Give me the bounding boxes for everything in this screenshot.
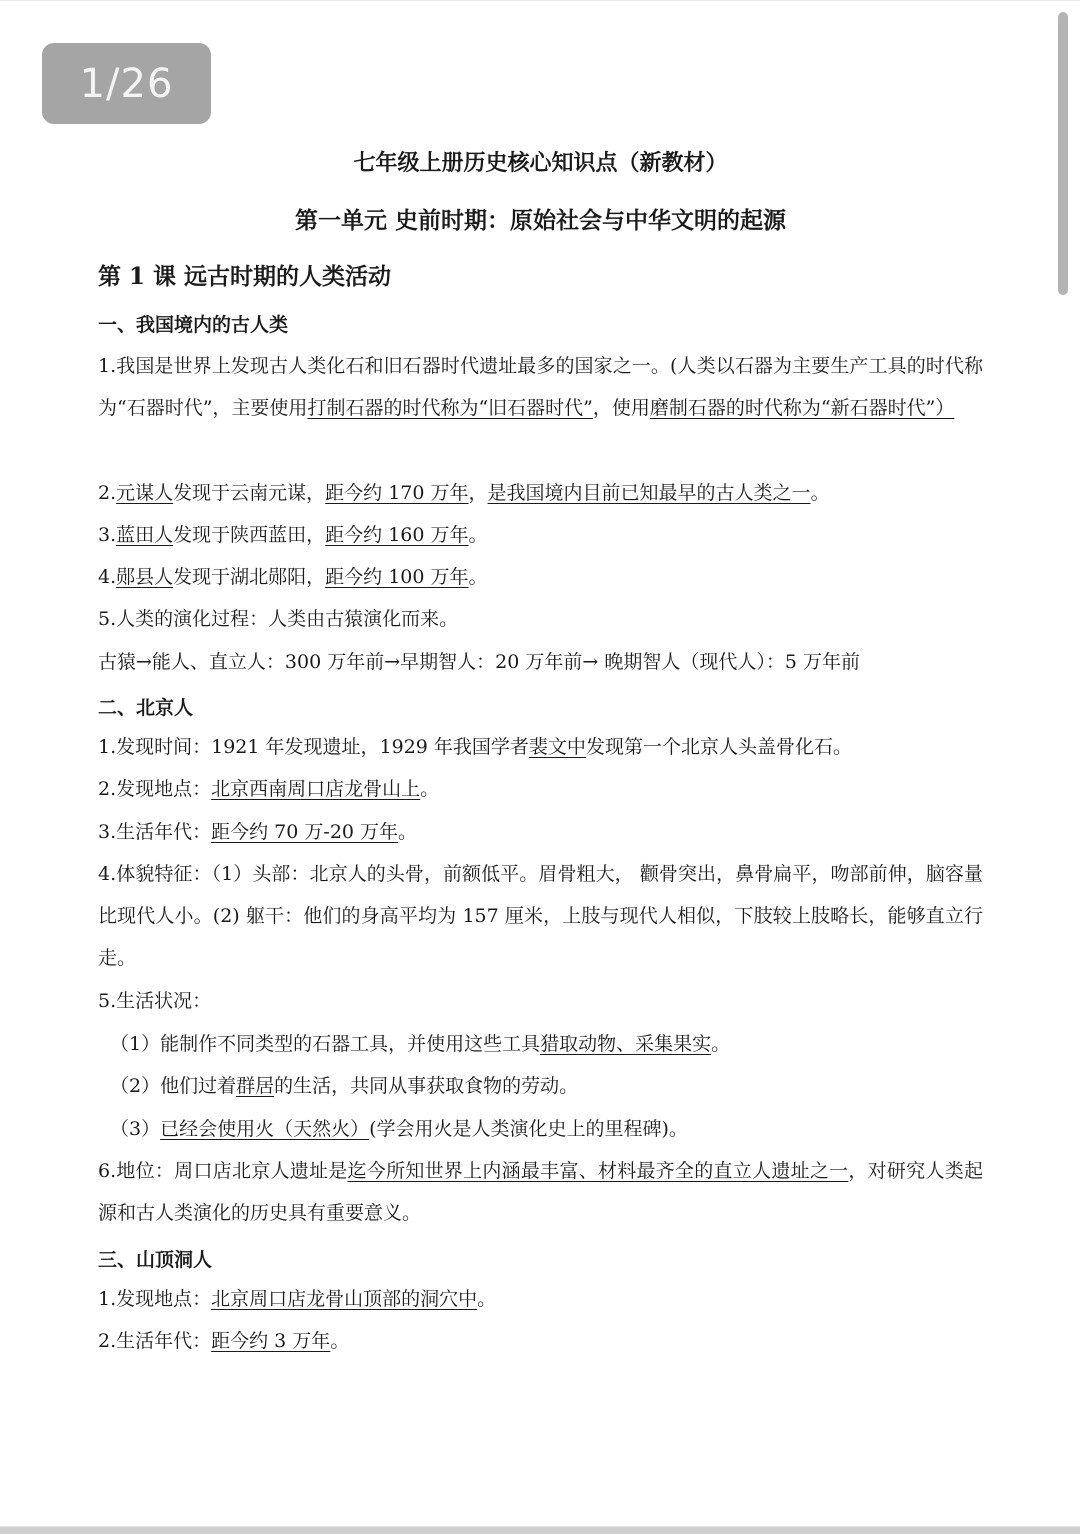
text: 的生活，共同从事获取食物的劳动。 xyxy=(274,1075,578,1097)
paragraph: 古猿→能人、直立人：300 万年前→早期智人：20 万年前→ 晚期智人（现代人）… xyxy=(98,641,983,683)
text: 发现第一个北京人头盖骨化石。 xyxy=(586,736,852,758)
text: 2.发现地点： xyxy=(98,778,211,800)
paragraph: 4.体貌特征：（1）头部：北京人的头骨，前额低平。眉骨粗大， 颧骨突出，鼻骨扁平… xyxy=(98,853,983,979)
paragraph: 3.蓝田人发现于陕西蓝田，距今约 160 万年。 xyxy=(98,514,983,556)
text: 6.地位：周口店北京人遗址是 xyxy=(98,1160,348,1182)
lesson-title: 第 1 课 远古时期的人类活动 xyxy=(98,258,391,291)
paragraph: 6.地位：周口店北京人遗址是迄今所知世界上内涵最丰富、材料最齐全的直立人遗址之一… xyxy=(98,1150,983,1234)
underlined-text: 元谋人 xyxy=(116,482,173,504)
paragraph: 3.生活年代：距今约 70 万-20 万年。 xyxy=(98,811,983,853)
text: ，使用 xyxy=(593,397,650,419)
underlined-text: 迄今所知世界上内涵最丰富、材料最齐全的直立人遗址之一 xyxy=(348,1160,849,1182)
underlined-text: 裴文中 xyxy=(529,736,586,758)
unit-title: 第一单元 史前时期：原始社会与中华文明的起源 xyxy=(98,202,983,235)
underlined-text: 北京周口店龙骨山顶部的洞穴中 xyxy=(211,1288,477,1310)
text: 。 xyxy=(330,1330,349,1352)
section-heading: 一、我国境内的古人类 xyxy=(98,310,288,337)
text: 。 xyxy=(469,566,488,588)
paragraph: （1）能制作不同类型的石器工具，并使用这些工具猎取动物、采集果实。 xyxy=(110,1023,995,1065)
paragraph: 5.人类的演化过程：人类由古猿演化而来。 xyxy=(98,598,983,640)
text: 发现于云南元谋， xyxy=(173,482,325,504)
underlined-text: 蓝田人 xyxy=(116,524,173,546)
paragraph: （3）已经会使用火（天然火）(学会用火是人类演化史上的里程碑)。 xyxy=(110,1108,995,1150)
underlined-text: 距今约 100 万年 xyxy=(325,566,468,588)
text: 2.生活年代： xyxy=(98,1330,211,1352)
text: 1.发现地点： xyxy=(98,1288,211,1310)
paragraph: 1.发现时间：1921 年发现遗址，1929 年我国学者裴文中发现第一个北京人头… xyxy=(98,726,983,768)
underlined-text: 郧县人 xyxy=(116,566,173,588)
underlined-text: 猎取动物、采集果实 xyxy=(540,1033,711,1055)
paragraph: 2.生活年代：距今约 3 万年。 xyxy=(98,1320,983,1362)
paragraph: 1.发现地点：北京周口店龙骨山顶部的洞穴中。 xyxy=(98,1278,983,1320)
vertical-scrollbar[interactable] xyxy=(1058,12,1068,295)
paragraph: （2）他们过着群居的生活，共同从事获取食物的劳动。 xyxy=(110,1065,995,1107)
bottom-edge-bar xyxy=(0,1526,1080,1534)
paragraph: 2.发现地点：北京西南周口店龙骨山上。 xyxy=(98,768,983,810)
document-title: 七年级上册历史核心知识点（新教材） xyxy=(98,146,983,177)
text: 发现于陕西蓝田， xyxy=(173,524,325,546)
text: 。 xyxy=(711,1033,730,1055)
text: 。 xyxy=(469,524,488,546)
text: （3） xyxy=(110,1118,160,1140)
paragraph: 5.生活状况： xyxy=(98,980,983,1022)
text: ， xyxy=(469,482,488,504)
underlined-text: 群居 xyxy=(236,1075,274,1097)
underlined-text: 距今约 3 万年 xyxy=(211,1330,330,1352)
section-heading: 二、北京人 xyxy=(98,693,193,720)
section-heading: 三、山顶洞人 xyxy=(98,1245,212,1272)
text: （1）能制作不同类型的石器工具，并使用这些工具 xyxy=(110,1033,540,1055)
underlined-text: 距今约 70 万-20 万年 xyxy=(211,821,398,843)
underlined-text: 距今约 170 万年 xyxy=(325,482,468,504)
text: 。 xyxy=(811,482,830,504)
underlined-text: 打制石器的时代称为“旧石器时代” xyxy=(307,397,592,419)
text: 。 xyxy=(477,1288,496,1310)
paragraph: 4.郧县人发现于湖北郧阳，距今约 100 万年。 xyxy=(98,556,983,598)
underlined-text: 距今约 160 万年 xyxy=(325,524,468,546)
top-edge xyxy=(0,0,1080,1)
text: (学会用火是人类演化史上的里程碑)。 xyxy=(369,1118,688,1140)
text: 。 xyxy=(420,778,439,800)
text: 发现于湖北郧阳， xyxy=(173,566,325,588)
page-indicator-badge: 1/26 xyxy=(42,43,211,124)
text: 1.发现时间：1921 年发现遗址，1929 年我国学者 xyxy=(98,736,529,758)
underlined-text: 磨制石器的时代称为“新石器时代”） xyxy=(650,397,954,419)
text: 2. xyxy=(98,482,116,504)
underlined-text: 是我国境内目前已知最早的古人类之一 xyxy=(488,482,811,504)
paragraph: 1.我国是世界上发现古人类化石和旧石器时代遗址最多的国家之一。(人类以石器为主要… xyxy=(98,345,983,429)
text: 3. xyxy=(98,524,116,546)
text: 。 xyxy=(398,821,417,843)
text: （2）他们过着 xyxy=(110,1075,236,1097)
text: 4. xyxy=(98,566,116,588)
text: 3.生活年代： xyxy=(98,821,211,843)
underlined-text: 已经会使用火（天然火） xyxy=(160,1118,369,1140)
underlined-text: 北京西南周口店龙骨山上 xyxy=(211,778,420,800)
paragraph: 2.元谋人发现于云南元谋，距今约 170 万年，是我国境内目前已知最早的古人类之… xyxy=(98,472,983,514)
